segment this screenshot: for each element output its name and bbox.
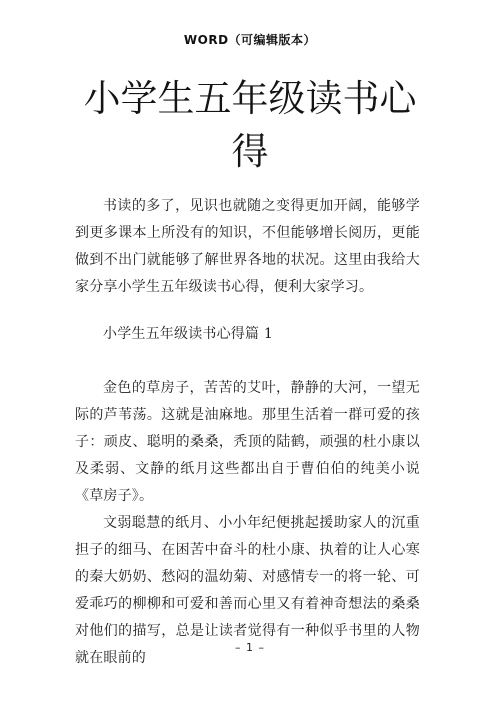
paragraph-body-1: 金色的草房子，苦苦的艾叶，静静的大河，一望无际的芦苇荡。这就是油麻地。那里生活着…: [75, 375, 420, 510]
document-page: WORD（可编辑版本） 小学生五年级读书心得 书读的多了，见识也就随之变得更加开…: [0, 0, 500, 707]
paragraph-intro: 书读的多了，见识也就随之变得更加开阔，能够学到更多课本上所没有的知识，不但能够增…: [75, 193, 420, 301]
document-header-label: WORD（可编辑版本）: [0, 31, 500, 48]
page-number: – 1 –: [0, 641, 500, 654]
section-heading: 小学生五年级读书心得篇 1: [75, 321, 420, 348]
document-body: 书读的多了，见识也就随之变得更加开阔，能够学到更多课本上所没有的知识，不但能够增…: [75, 193, 420, 672]
document-title: 小学生五年级读书心得: [75, 72, 425, 178]
